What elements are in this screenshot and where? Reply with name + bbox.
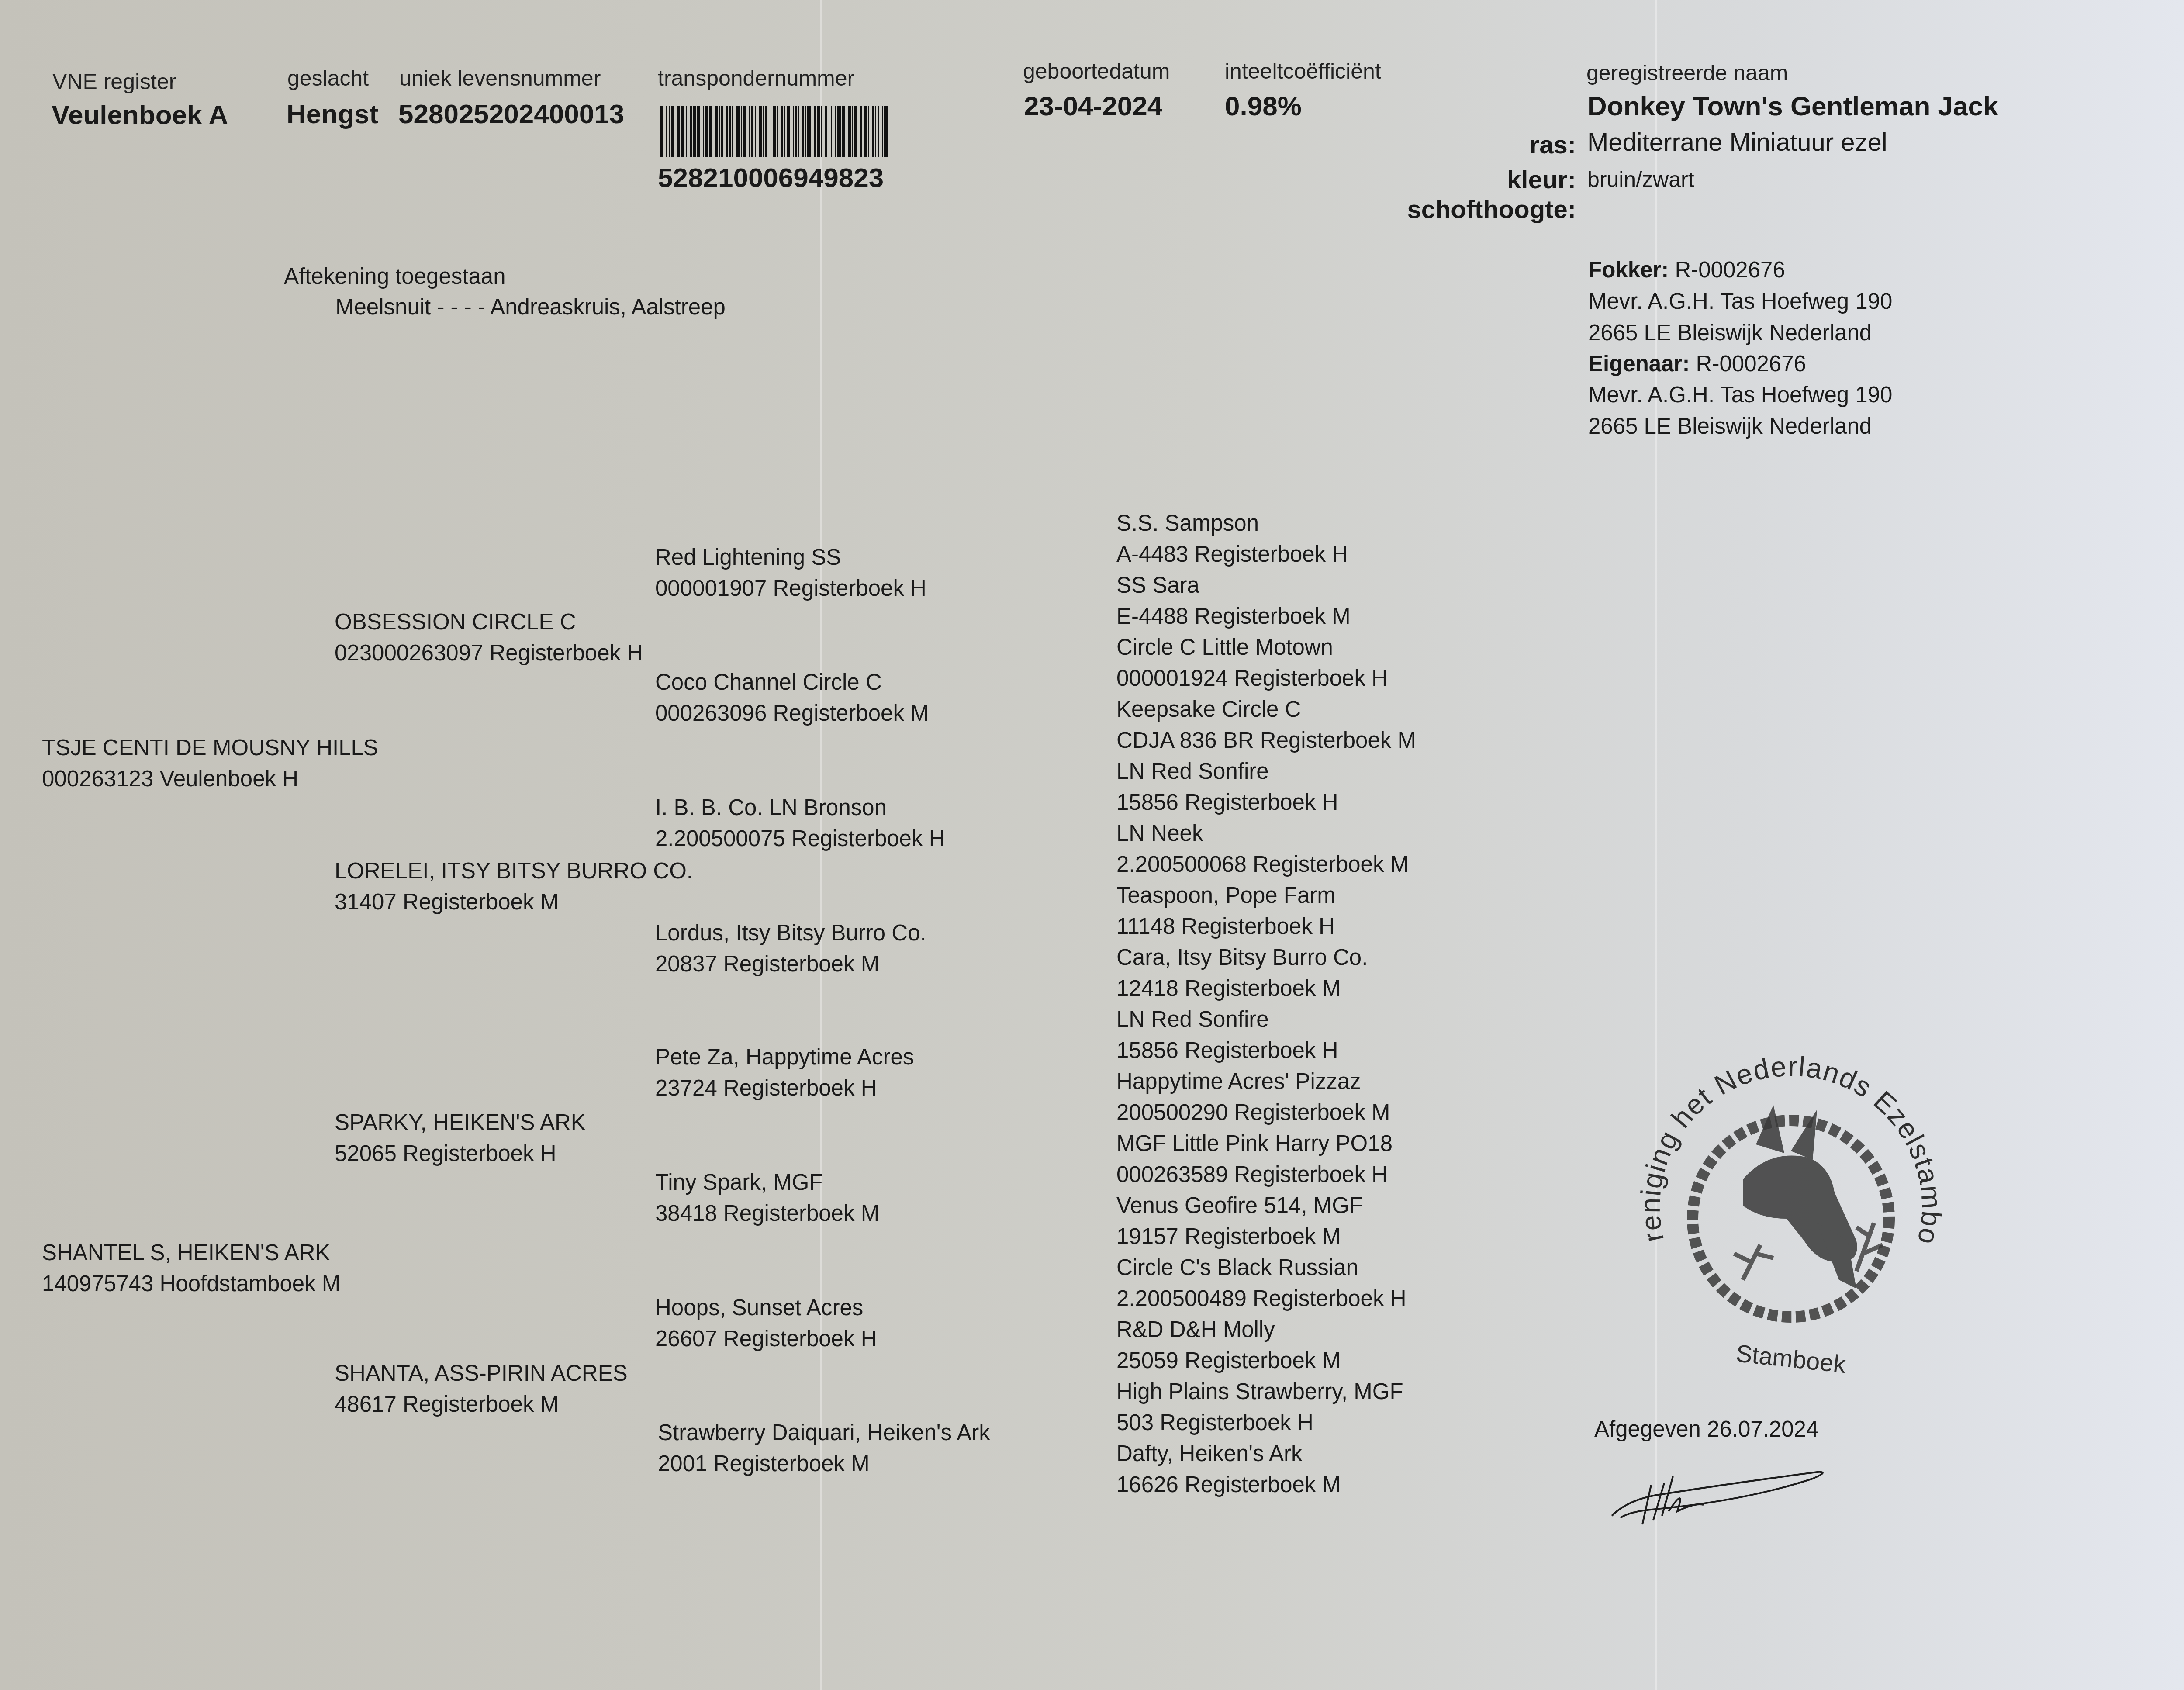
great-great-grandparents-column: S.S. SampsonA-4483 Registerboek HSS Sara… — [1116, 508, 1416, 1500]
sex-value: Hengst — [287, 99, 378, 130]
sex-label: geslacht — [287, 66, 369, 91]
horse-name: LN Red Sonfire — [1116, 756, 1416, 787]
ueln-value: 528025202400013 — [398, 99, 624, 130]
horse-name: Circle C's Black Russian — [1116, 1252, 1416, 1283]
grandparent: SHANTA, ASS-PIRIN ACRES48617 Registerboe… — [335, 1358, 628, 1420]
owner-label: Eigenaar: — [1588, 351, 1690, 376]
horse-name: Cara, Itsy Bitsy Burro Co. — [1116, 942, 1416, 973]
signature — [1603, 1459, 1830, 1533]
breeder-address1: Mevr. A.G.H. Tas Hoefweg 190 — [1588, 286, 1892, 317]
horse-reg: 000001907 Registerboek H — [655, 573, 926, 604]
donkey-head-icon — [1743, 1105, 1857, 1289]
horse-reg: 38418 Registerboek M — [655, 1198, 879, 1229]
association-stamp: Vereniging het Nederlands Ezelstamboek S… — [1612, 1035, 1970, 1393]
register-value: Veulenboek A — [52, 100, 228, 131]
register-label: VNE register — [52, 69, 176, 94]
breed-value: Mediterrane Miniatuur ezel — [1587, 128, 1887, 157]
registered-name-value: Donkey Town's Gentleman Jack — [1587, 91, 1998, 122]
horse-name: LN Red Sonfire — [1116, 1004, 1416, 1035]
horse-name: LN Neek — [1116, 818, 1416, 849]
owner-line: Eigenaar: R-0002676 — [1588, 348, 1806, 380]
horse-name: SHANTA, ASS-PIRIN ACRES — [335, 1358, 628, 1389]
horse-name: MGF Little Pink Harry PO18 — [1116, 1128, 1416, 1159]
markings-text: Meelsnuit - - - - Andreaskruis, Aalstree… — [335, 291, 726, 323]
horse-reg: 000001924 Registerboek H — [1116, 663, 1416, 694]
owner-id: R-0002676 — [1696, 351, 1806, 376]
great-grandparent: Pete Za, Happytime Acres23724 Registerbo… — [655, 1041, 914, 1103]
horse-reg: 12418 Registerboek M — [1116, 973, 1416, 1004]
breeder-address2: 2665 LE Bleiswijk Nederland — [1588, 317, 1872, 349]
breeder-id: R-0002676 — [1675, 257, 1785, 282]
issued-date: Afgegeven 26.07.2024 — [1594, 1414, 1818, 1445]
great-grandparent: I. B. B. Co. LN Bronson2.200500075 Regis… — [655, 792, 945, 854]
owner-address2: 2665 LE Bleiswijk Nederland — [1588, 411, 1872, 442]
breeder-label: Fokker: — [1588, 257, 1669, 282]
horse-name: Tiny Spark, MGF — [655, 1167, 879, 1198]
owner-address1: Mevr. A.G.H. Tas Hoefweg 190 — [1588, 379, 1892, 411]
horse-reg: 503 Registerboek H — [1116, 1407, 1416, 1438]
horse-name: SPARKY, HEIKEN'S ARK — [335, 1107, 586, 1138]
horse-reg: 2.200500489 Registerboek H — [1116, 1283, 1416, 1314]
ueln-label: uniek levensnummer — [399, 66, 601, 91]
great-grandparent: Tiny Spark, MGF38418 Registerboek M — [655, 1167, 879, 1229]
color-label: kleur: — [1507, 165, 1576, 194]
horse-name: Lordus, Itsy Bitsy Burro Co. — [655, 917, 926, 948]
horse-reg: 19157 Registerboek M — [1116, 1221, 1416, 1252]
horse-reg: 48617 Registerboek M — [335, 1389, 628, 1420]
horse-reg: 2001 Registerboek M — [658, 1448, 990, 1479]
great-grandparent: Coco Channel Circle C000263096 Registerb… — [655, 667, 929, 729]
horse-reg: CDJA 836 BR Registerboek M — [1116, 725, 1416, 756]
horse-reg: 31407 Registerboek M — [335, 886, 693, 917]
great-grandparent: Lordus, Itsy Bitsy Burro Co.20837 Regist… — [655, 917, 926, 979]
dam-name: SHANTEL S, HEIKEN'S ARK — [42, 1237, 340, 1268]
grandparent: OBSESSION CIRCLE C023000263097 Registerb… — [335, 606, 643, 668]
horse-name: Pete Za, Happytime Acres — [655, 1041, 914, 1072]
horse-reg: 2.200500068 Registerboek M — [1116, 849, 1416, 880]
dam-reg: 140975743 Hoofdstamboek M — [42, 1268, 340, 1299]
horse-reg: 16626 Registerboek M — [1116, 1469, 1416, 1500]
horse-reg: 11148 Registerboek H — [1116, 911, 1416, 942]
horse-reg: 25059 Registerboek M — [1116, 1345, 1416, 1376]
horse-name: Red Lightening SS — [655, 542, 926, 573]
horse-reg: E-4488 Registerboek M — [1116, 601, 1416, 632]
sire-name: TSJE CENTI DE MOUSNY HILLS — [42, 732, 378, 763]
horse-reg: 15856 Registerboek H — [1116, 787, 1416, 818]
horse-name: Keepsake Circle C — [1116, 694, 1416, 725]
horse-reg: 26607 Registerboek H — [655, 1323, 877, 1354]
horse-reg: 000263096 Registerboek M — [655, 698, 929, 729]
horse-reg: 20837 Registerboek M — [655, 948, 926, 979]
great-grandparent: Strawberry Daiquari, Heiken's Ark2001 Re… — [658, 1417, 990, 1479]
horse-reg: 52065 Registerboek H — [335, 1138, 586, 1169]
horse-reg: 023000263097 Registerboek H — [335, 637, 643, 668]
height-label: schofthoogte: — [1407, 195, 1576, 224]
markings-title: Aftekening toegestaan — [284, 261, 506, 292]
horse-name: LORELEI, ITSY BITSY BURRO CO. — [335, 855, 693, 886]
birthdate-value: 23-04-2024 — [1024, 91, 1162, 122]
horse-name: Coco Channel Circle C — [655, 667, 929, 698]
horse-name: I. B. B. Co. LN Bronson — [655, 792, 945, 823]
horse-name: Hoops, Sunset Acres — [655, 1292, 877, 1323]
horse-name: Dafty, Heiken's Ark — [1116, 1438, 1416, 1469]
inbreeding-label: inteeltcoëfficiënt — [1225, 59, 1381, 84]
transponder-label: transpondernummer — [658, 66, 854, 91]
breed-label: ras: — [1530, 130, 1576, 159]
transponder-barcode — [660, 106, 1019, 157]
horse-name: SS Sara — [1116, 570, 1416, 601]
inbreeding-value: 0.98% — [1225, 91, 1302, 122]
sire-reg: 000263123 Veulenboek H — [42, 763, 378, 794]
horse-name: Teaspoon, Pope Farm — [1116, 880, 1416, 911]
transponder-value: 528210006949823 — [658, 162, 884, 194]
great-grandparent: Red Lightening SS000001907 Registerboek … — [655, 542, 926, 604]
horse-name: Happytime Acres' Pizzaz — [1116, 1066, 1416, 1097]
horse-name: Strawberry Daiquari, Heiken's Ark — [658, 1417, 990, 1448]
color-value: bruin/zwart — [1587, 167, 1694, 192]
grandparent: LORELEI, ITSY BITSY BURRO CO.31407 Regis… — [335, 855, 693, 917]
horse-reg: 15856 Registerboek H — [1116, 1035, 1416, 1066]
stamp-bottom-text: Stamboek — [1735, 1339, 1847, 1378]
pedigree-sire: TSJE CENTI DE MOUSNY HILLS 000263123 Veu… — [42, 732, 378, 794]
horse-name: High Plains Strawberry, MGF — [1116, 1376, 1416, 1407]
horse-reg: A-4483 Registerboek H — [1116, 539, 1416, 570]
great-grandparent: Hoops, Sunset Acres26607 Registerboek H — [655, 1292, 877, 1354]
horse-name: Venus Geofire 514, MGF — [1116, 1190, 1416, 1221]
pedigree-dam: SHANTEL S, HEIKEN'S ARK 140975743 Hoofds… — [42, 1237, 340, 1299]
horse-name: Circle C Little Motown — [1116, 632, 1416, 663]
grandparent: SPARKY, HEIKEN'S ARK52065 Registerboek H — [335, 1107, 586, 1169]
horse-reg: 2.200500075 Registerboek H — [655, 823, 945, 854]
horse-reg: 23724 Registerboek H — [655, 1072, 914, 1103]
registered-name-label: geregistreerde naam — [1586, 60, 1788, 86]
horse-reg: 000263589 Registerboek H — [1116, 1159, 1416, 1190]
horse-name: R&D D&H Molly — [1116, 1314, 1416, 1345]
horse-name: OBSESSION CIRCLE C — [335, 606, 643, 637]
horse-reg: 200500290 Registerboek M — [1116, 1097, 1416, 1128]
breeder-line: Fokker: R-0002676 — [1588, 254, 1785, 286]
horse-name: S.S. Sampson — [1116, 508, 1416, 539]
birthdate-label: geboortedatum — [1023, 59, 1170, 84]
